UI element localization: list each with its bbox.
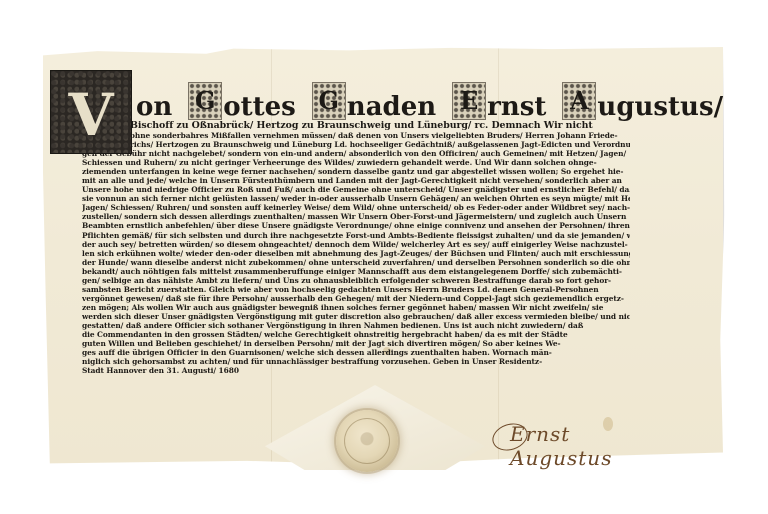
text-line: werden sich dieser Unser gnädigsten Verg… [82,312,630,321]
text-line: sie vonnun an sich ferner nicht gelüsten… [82,194,630,203]
text-line: Beambten ernstlich anbefehlen/ über dies… [82,221,630,230]
text-line: Unsere hohe und niedrige Officier zu Roß… [82,185,630,194]
text-line: mit an alle und jede/ welche in Unsern F… [82,176,630,185]
text-line: Pflichten gemäß/ für sich selbsten und d… [82,231,630,240]
text-line: zen mögen; Als wollen Wir auch aus gnädi… [82,303,630,312]
ornamental-initial: V [50,70,132,154]
text-line: vergönnet gewesen/ daß sie für ihre Pers… [82,294,630,303]
decree-body: Bischoff zu Oßnabrück/ Hertzog zu Brauns… [82,120,630,375]
decree-title: on Gottes Gnaden Ernst Augustus/ [82,74,630,120]
text-line: zustellen/ sondern sich dessen allerding… [82,212,630,221]
title-word: Ernst [452,82,546,120]
text-line: sambsten Bericht zuerstatten. Gleich wie… [82,285,630,294]
text-line: der auch sey/ betretten würden/ so diese… [82,240,630,249]
text-line: guten Willen und Belieben geschiehet/ in… [82,339,630,348]
text-line: ziemenden unterfangen in keine wege fern… [82,167,630,176]
text-line: bekandt/ auch nöhtigen fals mittelst zus… [82,267,630,276]
text-line: len sich erkühnen wolte/ wieder den-oder… [82,249,630,258]
decree-text-block: V on Gottes Gnaden Ernst Augustus/ Bisch… [82,74,630,375]
title-word: on [136,94,172,120]
text-line: der Hunde/ wann dieselbe anderst nicht z… [82,258,630,267]
text-line: gestatten/ daß andere Officier sich soth… [82,321,630,330]
title-word: Gottes [188,82,296,120]
text-line: richs/ Hertzogen zu Braunschweig und Lün… [82,140,630,149]
text-line: Stadt Hannover den 31. Augusti/ 1680 [82,366,630,375]
ornamental-capital: E [452,82,486,120]
handwritten-signature: Ernst Augustus [492,418,652,468]
text-line: ohne sonderbahres Mißfallen vernehmen mü… [82,131,630,140]
seal-coat-of-arms-icon [344,418,390,464]
wax-seal [336,410,398,472]
text-line: niglich sich gehorsambst zu achten/ und … [82,357,630,366]
text-line: die Commendanten in den grossen Städten/… [82,330,630,339]
ornamental-capital: A [562,82,596,120]
text-line: ges auff die übrigen Officier in den Gua… [82,348,630,357]
text-line: Schiessen und Ruhern/ zu nicht geringer … [82,158,630,167]
ornamental-capital: G [188,82,222,120]
title-word: Augustus/ [562,82,723,120]
ornamental-capital: G [312,82,346,120]
title-word: Gnaden [312,82,436,120]
text-line: Jagen/ Schiessen/ Ruhren/ und sonsten au… [82,203,630,212]
text-line: gen der Gebühr nicht nachgelebet/ sonder… [82,149,630,158]
text-line: gen/ selbige an das nähiste Ambt zu lief… [82,276,630,285]
text-line: Bischoff zu Oßnabrück/ Hertzog zu Brauns… [82,120,630,131]
